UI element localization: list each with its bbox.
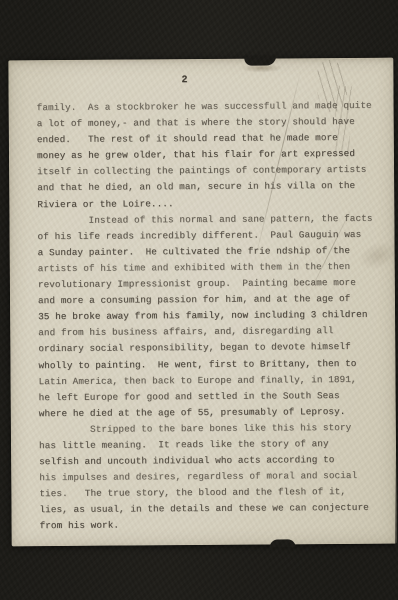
scan-backdrop: 2 family. As a stockbroker he was succes… [0,0,398,600]
paper-tear-bottom [270,539,296,547]
typed-line: and more a consuming passion for him, an… [38,291,373,309]
typed-line: from his work. [40,516,375,534]
manuscript-page: 2 family. As a stockbroker he was succes… [8,58,396,547]
page-number: 2 [172,75,196,86]
typed-text: family. As a stockbroker he was successf… [37,98,375,535]
